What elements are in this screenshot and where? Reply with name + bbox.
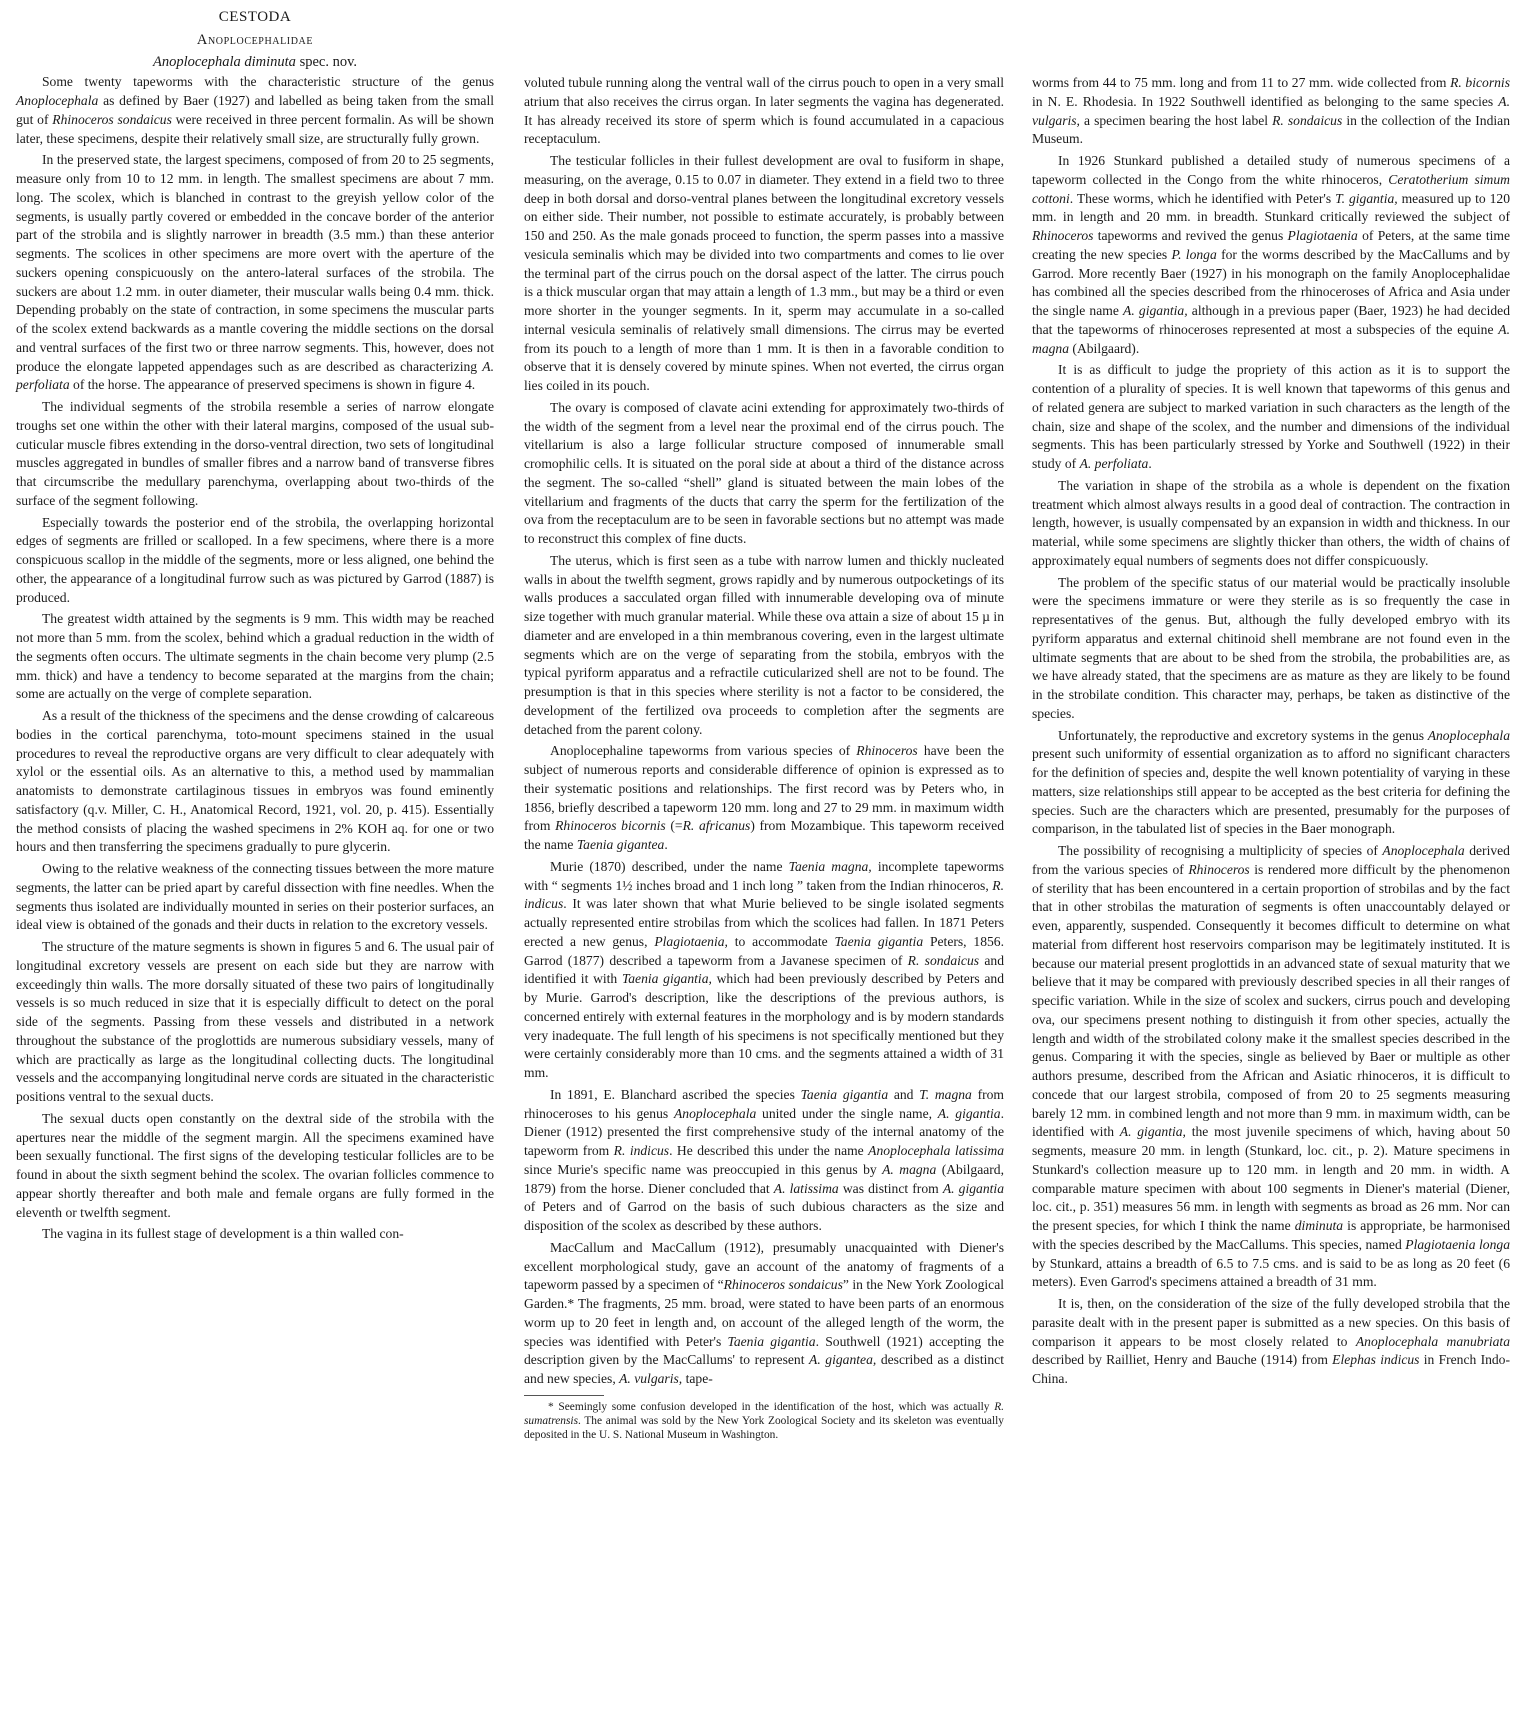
text-run: a specimen bearing the host label: [1080, 113, 1272, 128]
footnote-divider: [524, 1395, 604, 1396]
italic-term: Anoplocephala: [674, 1106, 756, 1121]
italic-term: A. gigantia,: [1123, 303, 1188, 318]
italic-term: A. perfoliata: [1080, 456, 1149, 471]
italic-term: Plagiotaenia: [1288, 228, 1358, 243]
text-run: and: [888, 1087, 919, 1102]
italic-term: Taenia gigantia: [728, 1334, 816, 1349]
italic-term: A. gigantia: [938, 1106, 1001, 1121]
paragraph: The individual segments of the strobila …: [16, 398, 494, 511]
italic-term: Anoplocephala latissima: [868, 1143, 1004, 1158]
italic-term: A. vulgaris,: [619, 1371, 682, 1386]
text-run: The testicular follicles in their fulles…: [524, 153, 1004, 393]
column-1-body: Some twenty tapeworms with the character…: [16, 73, 494, 1244]
text-run: of Peters and of Garrod on the basis of …: [524, 1199, 1004, 1233]
italic-term: Plagiotaenia longa: [1405, 1237, 1510, 1252]
italic-term: Taenia gigantea: [577, 837, 664, 852]
italic-term: Rhinoceros: [1032, 228, 1093, 243]
text-run: . These worms, which he identified with …: [1070, 191, 1335, 206]
species-heading: Anoplocephala diminuta spec. nov.: [16, 53, 494, 72]
italic-term: Taenia magna,: [789, 859, 872, 874]
text-run: to accommodate: [728, 934, 835, 949]
paragraph: Murie (1870) described, under the name T…: [524, 858, 1004, 1083]
text-run: The structure of the mature segments is …: [16, 939, 494, 1104]
text-run: The uterus, which is first seen as a tub…: [524, 553, 1004, 737]
italic-term: Anoplocephala: [1382, 843, 1464, 858]
italic-term: Anoplocephala: [16, 93, 98, 108]
italic-term: diminuta: [1295, 1218, 1343, 1233]
text-run: The possibility of recognising a multipl…: [1058, 843, 1382, 858]
paragraph: The structure of the mature segments is …: [16, 938, 494, 1107]
text-run: The problem of the specific status of ou…: [1032, 575, 1510, 721]
italic-term: Rhinoceros: [1188, 862, 1249, 877]
text-run: .: [664, 837, 667, 852]
paragraph: The ovary is composed of clavate acini e…: [524, 399, 1004, 549]
text-run: of the horse. The appearance of preserve…: [70, 377, 476, 392]
italic-term: Taenia gigantia,: [622, 971, 712, 986]
column-2-body: voluted tubule running along the ventral…: [524, 74, 1004, 1389]
italic-term: A. gigantia: [943, 1181, 1004, 1196]
text-run: Murie (1870) described, under the name: [550, 859, 789, 874]
text-run: tapeworms and revived the genus: [1093, 228, 1287, 243]
italic-term: Anoplocephala manubriata: [1356, 1334, 1510, 1349]
paragraph: The variation in shape of the strobila a…: [1032, 477, 1510, 571]
italic-term: Anoplocephala: [1428, 728, 1510, 743]
italic-term: Rhinoceros bicornis: [555, 818, 666, 833]
paragraph: The testicular follicles in their fulles…: [524, 152, 1004, 396]
text-run: the most juvenile specimens of which, ha…: [1032, 1124, 1510, 1233]
italic-term: Taenia gigantia: [834, 934, 923, 949]
section-title: CESTODA: [16, 8, 494, 27]
italic-term: A. gigantia,: [1120, 1124, 1186, 1139]
family-heading: Anoplocephalidae: [16, 31, 494, 50]
italic-term: Rhinoceros sondaicus: [52, 112, 172, 127]
italic-term: R. indicus: [614, 1143, 669, 1158]
paragraph: It is as difficult to judge the propriet…: [1032, 361, 1510, 474]
species-name: Anoplocephala diminuta: [153, 54, 296, 70]
paragraph: The uterus, which is first seen as a tub…: [524, 552, 1004, 740]
italic-term: Elephas indicus: [1332, 1352, 1419, 1367]
text-run: In the preserved state, the largest spec…: [16, 152, 494, 373]
text-run: . He described this under the name: [669, 1143, 868, 1158]
paragraph: As a result of the thickness of the spec…: [16, 707, 494, 857]
column-1: CESTODA Anoplocephalidae Anoplocephala d…: [16, 8, 494, 1247]
text-run: . The animal was sold by the New York Zo…: [524, 1415, 1004, 1441]
paragraph: The problem of the specific status of ou…: [1032, 574, 1510, 724]
paragraph: Owing to the relative weakness of the co…: [16, 860, 494, 935]
italic-term: P. longa: [1172, 247, 1217, 262]
italic-term: R. sondaicus: [908, 953, 979, 968]
species-suffix: spec. nov.: [296, 54, 357, 70]
text-run: worms from 44 to 75 mm. long and from 11…: [1032, 75, 1450, 90]
text-run: in N. E. Rhodesia. In 1922 Southwell ide…: [1032, 94, 1498, 109]
paragraph: Some twenty tapeworms with the character…: [16, 73, 494, 148]
paragraph: Especially towards the posterior end of …: [16, 514, 494, 608]
text-run: Some twenty tapeworms with the character…: [42, 74, 494, 89]
text-run: described by Railliet, Henry and Bauche …: [1032, 1352, 1332, 1367]
text-run: since Murie's specific name was preoccup…: [524, 1162, 882, 1177]
italic-term: A. magna: [882, 1162, 936, 1177]
text-run: The ovary is composed of clavate acini e…: [524, 400, 1004, 546]
text-run: The greatest width attained by the segme…: [16, 611, 494, 701]
text-run: The individual segments of the strobila …: [16, 399, 494, 508]
paragraph: It is, then, on the consideration of the…: [1032, 1295, 1510, 1389]
text-run: * Seemingly some confusion developed in …: [548, 1401, 994, 1413]
text-run: present such uniformity of essential org…: [1032, 746, 1510, 836]
text-run: The variation in shape of the strobila a…: [1032, 478, 1510, 568]
italic-term: T. magna: [919, 1087, 972, 1102]
italic-term: A. gigantea,: [809, 1352, 876, 1367]
paragraph: voluted tubule running along the ventral…: [524, 74, 1004, 149]
text-run: Unfortunately, the reproductive and excr…: [1058, 728, 1428, 743]
paragraph: The sexual ducts open constantly on the …: [16, 1110, 494, 1223]
paragraph: In 1926 Stunkard published a detailed st…: [1032, 152, 1510, 358]
italic-term: A. latissima: [774, 1181, 839, 1196]
text-run: which had been previously described by P…: [524, 971, 1004, 1080]
text-run: Especially towards the posterior end of …: [16, 515, 494, 605]
text-run: voluted tubule running along the ventral…: [524, 75, 1004, 146]
paragraph: worms from 44 to 75 mm. long and from 11…: [1032, 74, 1510, 149]
text-run: It is as difficult to judge the propriet…: [1032, 362, 1510, 471]
text-run: (Abilgaard).: [1069, 341, 1139, 356]
column-2: voluted tubule running along the ventral…: [524, 74, 1004, 1442]
column-3-body: worms from 44 to 75 mm. long and from 11…: [1032, 74, 1510, 1389]
text-run: Owing to the relative weakness of the co…: [16, 861, 494, 932]
text-run: In 1891, E. Blanchard ascribed the speci…: [550, 1087, 801, 1102]
italic-term: Taenia gigantia: [801, 1087, 889, 1102]
text-run: The sexual ducts open constantly on the …: [16, 1111, 494, 1220]
footnote: * Seemingly some confusion developed in …: [524, 1400, 1004, 1442]
text-run: The vagina in its fullest stage of devel…: [42, 1226, 404, 1241]
text-run: was distinct from: [839, 1181, 943, 1196]
text-run: is rendered more difficult by the phenom…: [1032, 862, 1510, 1140]
paragraph: In the preserved state, the largest spec…: [16, 151, 494, 395]
italic-term: R. bicornis: [1450, 75, 1510, 90]
paragraph: Unfortunately, the reproductive and excr…: [1032, 727, 1510, 840]
italic-term: Plagiotaenia,: [654, 934, 728, 949]
italic-term: R. sondaicus: [1272, 113, 1342, 128]
text-run: .: [1148, 456, 1151, 471]
paragraph: MacCallum and MacCallum (1912), presumab…: [524, 1239, 1004, 1389]
paragraph: The possibility of recognising a multipl…: [1032, 842, 1510, 1292]
italic-term: Rhinoceros: [856, 743, 917, 758]
paragraph: In 1891, E. Blanchard ascribed the speci…: [524, 1086, 1004, 1236]
italic-term: T. gigantia,: [1335, 191, 1398, 206]
text-run: tape-: [682, 1371, 713, 1386]
text-run: (=: [666, 818, 683, 833]
text-run: Anoplocephaline tapeworms from various s…: [550, 743, 856, 758]
column-3: worms from 44 to 75 mm. long and from 11…: [1032, 74, 1510, 1392]
paragraph: The greatest width attained by the segme…: [16, 610, 494, 704]
document-page: CESTODA Anoplocephalidae Anoplocephala d…: [0, 0, 1525, 1729]
italic-term: Rhinoceros sondaicus: [724, 1277, 843, 1292]
italic-term: R. africanus: [683, 818, 751, 833]
text-run: united under the single name,: [756, 1106, 938, 1121]
paragraph: Anoplocephaline tapeworms from various s…: [524, 742, 1004, 855]
text-run: by Stunkard, attains a breadth of 6.5 to…: [1032, 1256, 1510, 1290]
paragraph: The vagina in its fullest stage of devel…: [16, 1225, 494, 1244]
text-run: As a result of the thickness of the spec…: [16, 708, 494, 854]
